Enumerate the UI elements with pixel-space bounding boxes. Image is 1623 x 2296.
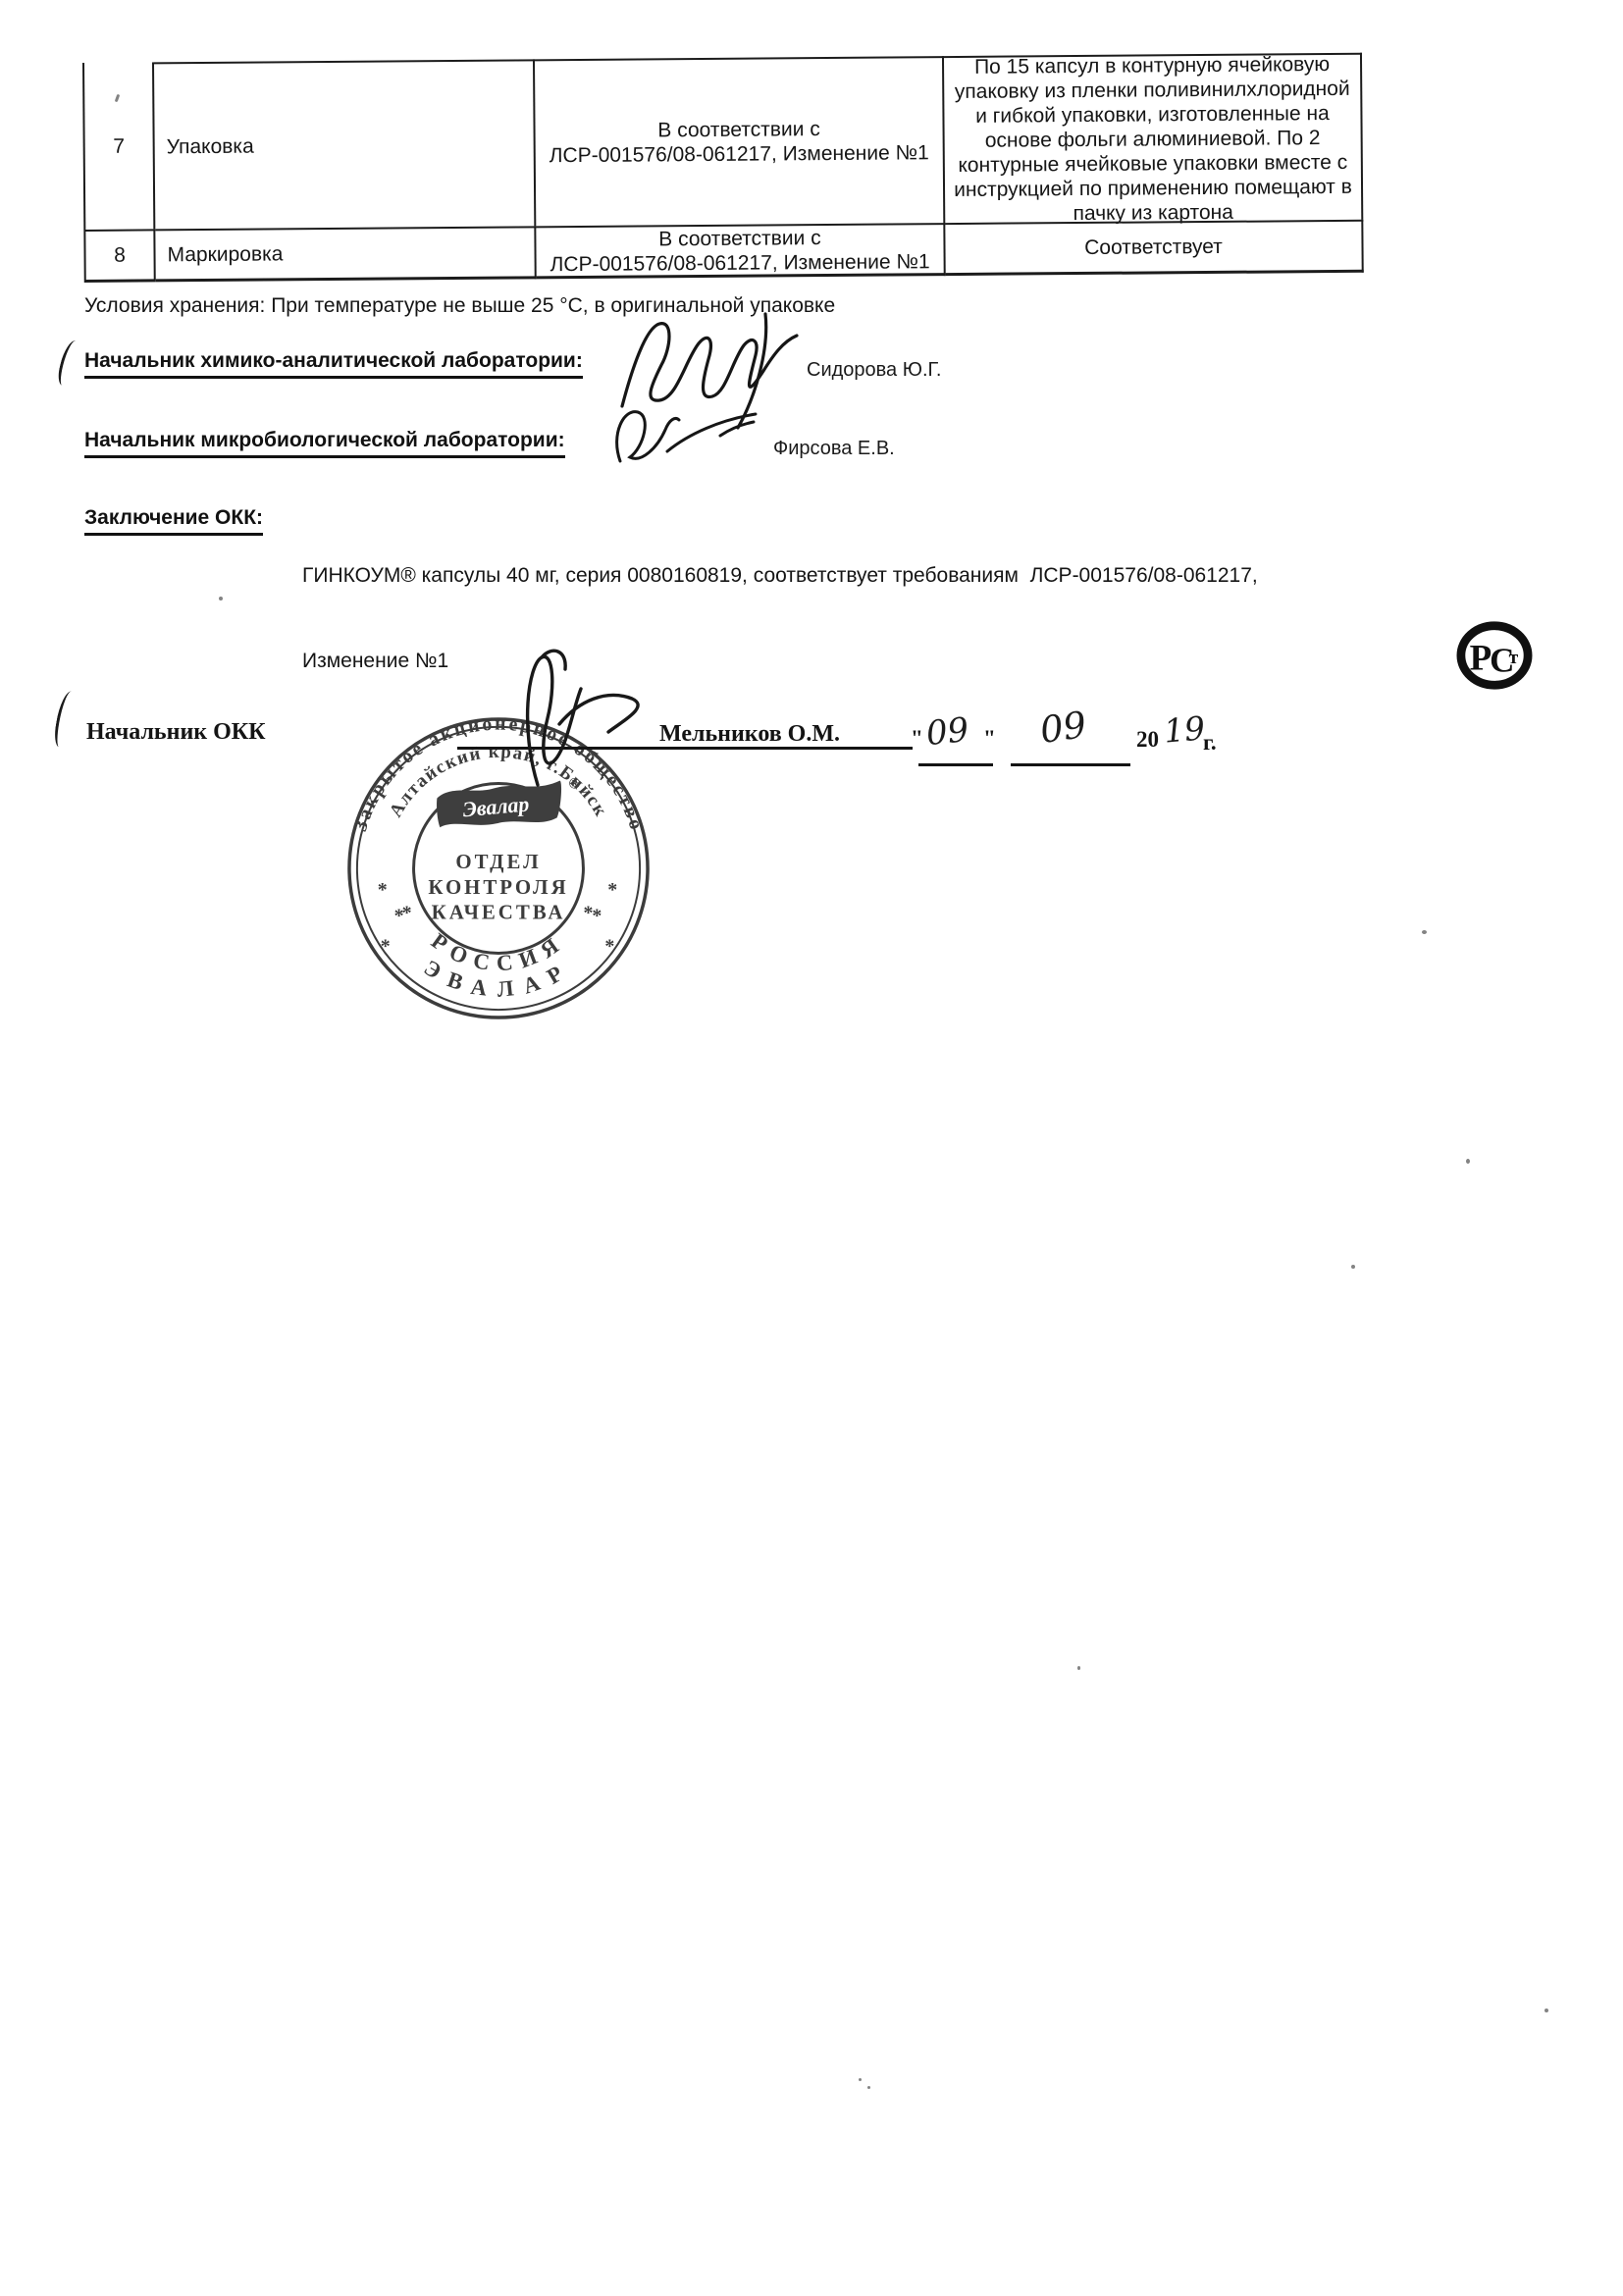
micro-lab-head-name: Фирсова Е.В. xyxy=(773,438,895,460)
handwritten-day: 09 xyxy=(924,710,970,754)
month-underline xyxy=(1011,763,1130,766)
table-cell-row8-num: 8 xyxy=(83,229,155,283)
table-cell-row8-param: Маркировка xyxy=(155,226,536,282)
stamp-star-icon: * xyxy=(592,906,602,927)
rst-letter-t: т xyxy=(1509,648,1519,668)
stamp-center-line3: КАЧЕСТВА xyxy=(432,901,566,924)
row8-method: В соответствии с ЛСР-001576/08-061217, И… xyxy=(542,225,937,277)
okk-conclusion-label: Заключение ОКК: xyxy=(84,506,263,536)
table-cell-row7-result: По 15 капсул в контурную ячейковую упако… xyxy=(944,53,1363,223)
okk-head-name: Мельников О.М. xyxy=(659,721,840,748)
table-cell-row7-method: В соответствии с ЛСР-001576/08-061217, И… xyxy=(535,56,945,226)
quote-open: " xyxy=(911,726,923,752)
okk-head-signature xyxy=(442,648,687,790)
rst-certification-icon: Р С т xyxy=(1456,618,1533,693)
micro-lab-signature xyxy=(606,400,788,474)
scan-speck xyxy=(1077,1666,1080,1670)
scan-speck xyxy=(219,597,223,600)
micro-lab-head-label: Начальник микробиологической лаборатории… xyxy=(84,429,565,458)
rst-letter-r: Р xyxy=(1470,639,1492,679)
stamp-star-icon: * xyxy=(402,903,412,924)
row8-result: Соответствует xyxy=(951,234,1355,261)
row7-parameter: Упаковка xyxy=(161,131,528,159)
stamp-star-icon: * xyxy=(604,935,614,957)
row7-number: 7 xyxy=(91,133,147,158)
scan-speck xyxy=(1351,1265,1355,1269)
stamp-center-line2: КОНТРОЛЯ xyxy=(428,875,568,899)
handwritten-tick xyxy=(55,339,82,389)
okk-conclusion-line1: ГИНКОУМ® капсулы 40 мг, серия 0080160819… xyxy=(302,561,1293,590)
scan-speck xyxy=(859,2078,862,2081)
table-cell-row7-param: Упаковка xyxy=(154,59,536,229)
stamp-center-line1: ОТДЕЛ xyxy=(455,850,541,873)
handwritten-slash xyxy=(52,690,79,749)
row8-parameter: Маркировка xyxy=(161,239,528,267)
row8-number: 8 xyxy=(91,242,147,267)
scan-speck xyxy=(1466,1159,1470,1164)
okk-head-title: Начальник ОКК xyxy=(86,719,266,746)
row7-result: По 15 капсул в контурную ячейковую упако… xyxy=(950,51,1355,226)
row7-method: В соответствии с ЛСР-001576/08-061217, И… xyxy=(541,116,936,168)
table-cell-row8-method: В соответствии с ЛСР-001576/08-061217, И… xyxy=(536,223,945,279)
scanned-document-page: 7 Упаковка В соответствии с ЛСР-001576/0… xyxy=(0,0,1623,2296)
quote-close: " xyxy=(983,726,996,752)
handwritten-year: 19 xyxy=(1162,708,1206,751)
year-printed: 20 xyxy=(1136,727,1159,753)
stamp-star-icon: * xyxy=(607,879,617,901)
chem-lab-head-label: Начальник химико-аналитической лаборатор… xyxy=(84,349,583,379)
stamp-star-icon: * xyxy=(378,879,388,901)
table-cell-row7-num: 7 xyxy=(82,62,155,230)
table-cell-row8-result: Соответствует xyxy=(945,220,1363,276)
stamp-star-icon: * xyxy=(381,935,391,957)
scan-speck xyxy=(1544,2009,1548,2012)
handwritten-month: 09 xyxy=(1037,704,1089,752)
qc-results-table: 7 Упаковка В соответствии с ЛСР-001576/0… xyxy=(82,53,1364,283)
scan-speck xyxy=(867,2086,870,2089)
stamp-star-icon: * xyxy=(583,903,593,924)
day-underline xyxy=(918,763,993,766)
scan-speck xyxy=(1422,930,1427,934)
